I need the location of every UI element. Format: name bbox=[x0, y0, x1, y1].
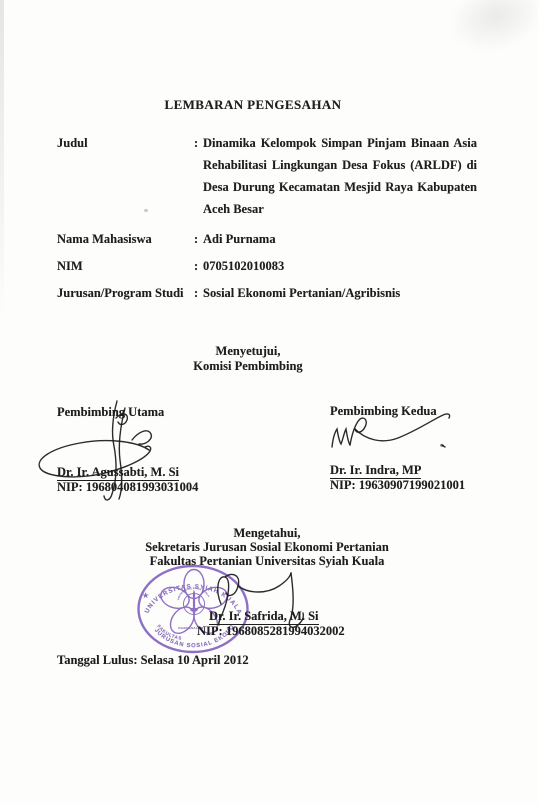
supervisor-secondary-name: Dr. Ir. Indra, MP bbox=[330, 463, 421, 478]
supervisor-secondary-signature bbox=[322, 406, 462, 454]
field-label-nama: Nama Mahasiswa bbox=[57, 228, 152, 250]
stamp-star-icon: ★ bbox=[142, 591, 149, 600]
supervisor-primary-nip: NIP: 196804081993031004 bbox=[57, 480, 198, 495]
field-colon-judul: : bbox=[194, 132, 198, 154]
judul-line: Rehabilitasi Lingkungan Desa Fokus (ARLD… bbox=[203, 154, 477, 176]
field-colon-jurusan: : bbox=[194, 282, 198, 304]
ink-speck bbox=[144, 209, 148, 212]
scan-edge-shadow bbox=[0, 0, 4, 320]
supervisor-primary-name: Dr. Ir. Agussabti, M. Si bbox=[57, 465, 179, 480]
acknowledgement-nip: NIP: 1968085281994032002 bbox=[197, 624, 345, 639]
judul-line: Desa Durung Kecamatan Mesjid Raya Kabupa… bbox=[203, 176, 477, 198]
page-title: LEMBARAN PENGESAHAN bbox=[0, 94, 506, 116]
field-label-nim: NIM bbox=[57, 255, 83, 277]
graduation-date: Tanggal Lulus: Selasa 10 April 2012 bbox=[57, 649, 249, 671]
field-label-jurusan: Jurusan/Program Studi bbox=[57, 282, 184, 304]
acknowledgement-line2: Sekretaris Jurusan Sosial Ekonomi Pertan… bbox=[0, 540, 534, 554]
field-label-judul: Judul bbox=[57, 132, 88, 154]
field-colon-nim: : bbox=[194, 255, 198, 277]
approval-heading: Menyetujui, Komisi Pembimbing bbox=[108, 344, 388, 374]
acknowledgement-heading: Mengetahui, Sekretaris Jurusan Sosial Ek… bbox=[0, 526, 534, 568]
acknowledgement-line1: Mengetahui, bbox=[0, 526, 534, 540]
field-value-nama: Adi Purnama bbox=[203, 228, 276, 250]
field-value-nim: 0705102010083 bbox=[203, 255, 284, 277]
field-colon-nama: : bbox=[194, 228, 198, 250]
judul-line: Aceh Besar bbox=[203, 198, 477, 220]
acknowledgement-name: Dr. Ir. Safrida, M. Si bbox=[209, 609, 319, 624]
supervisor-secondary-nip: NIP: 19630907199021001 bbox=[330, 478, 465, 493]
field-value-jurusan: Sosial Ekonomi Pertanian/Agribisnis bbox=[203, 282, 400, 304]
approval-line1: Menyetujui, bbox=[108, 344, 388, 359]
approval-line2: Komisi Pembimbing bbox=[108, 359, 388, 374]
judul-line: Dinamika Kelompok Simpan Pinjam Binaan A… bbox=[203, 132, 477, 154]
field-value-judul: Dinamika Kelompok Simpan Pinjam Binaan A… bbox=[203, 132, 477, 220]
pengesahan-document-page: LEMBARAN PENGESAHAN Judul : Dinamika Kel… bbox=[0, 0, 538, 804]
scan-smudge-top-right bbox=[441, 0, 538, 65]
